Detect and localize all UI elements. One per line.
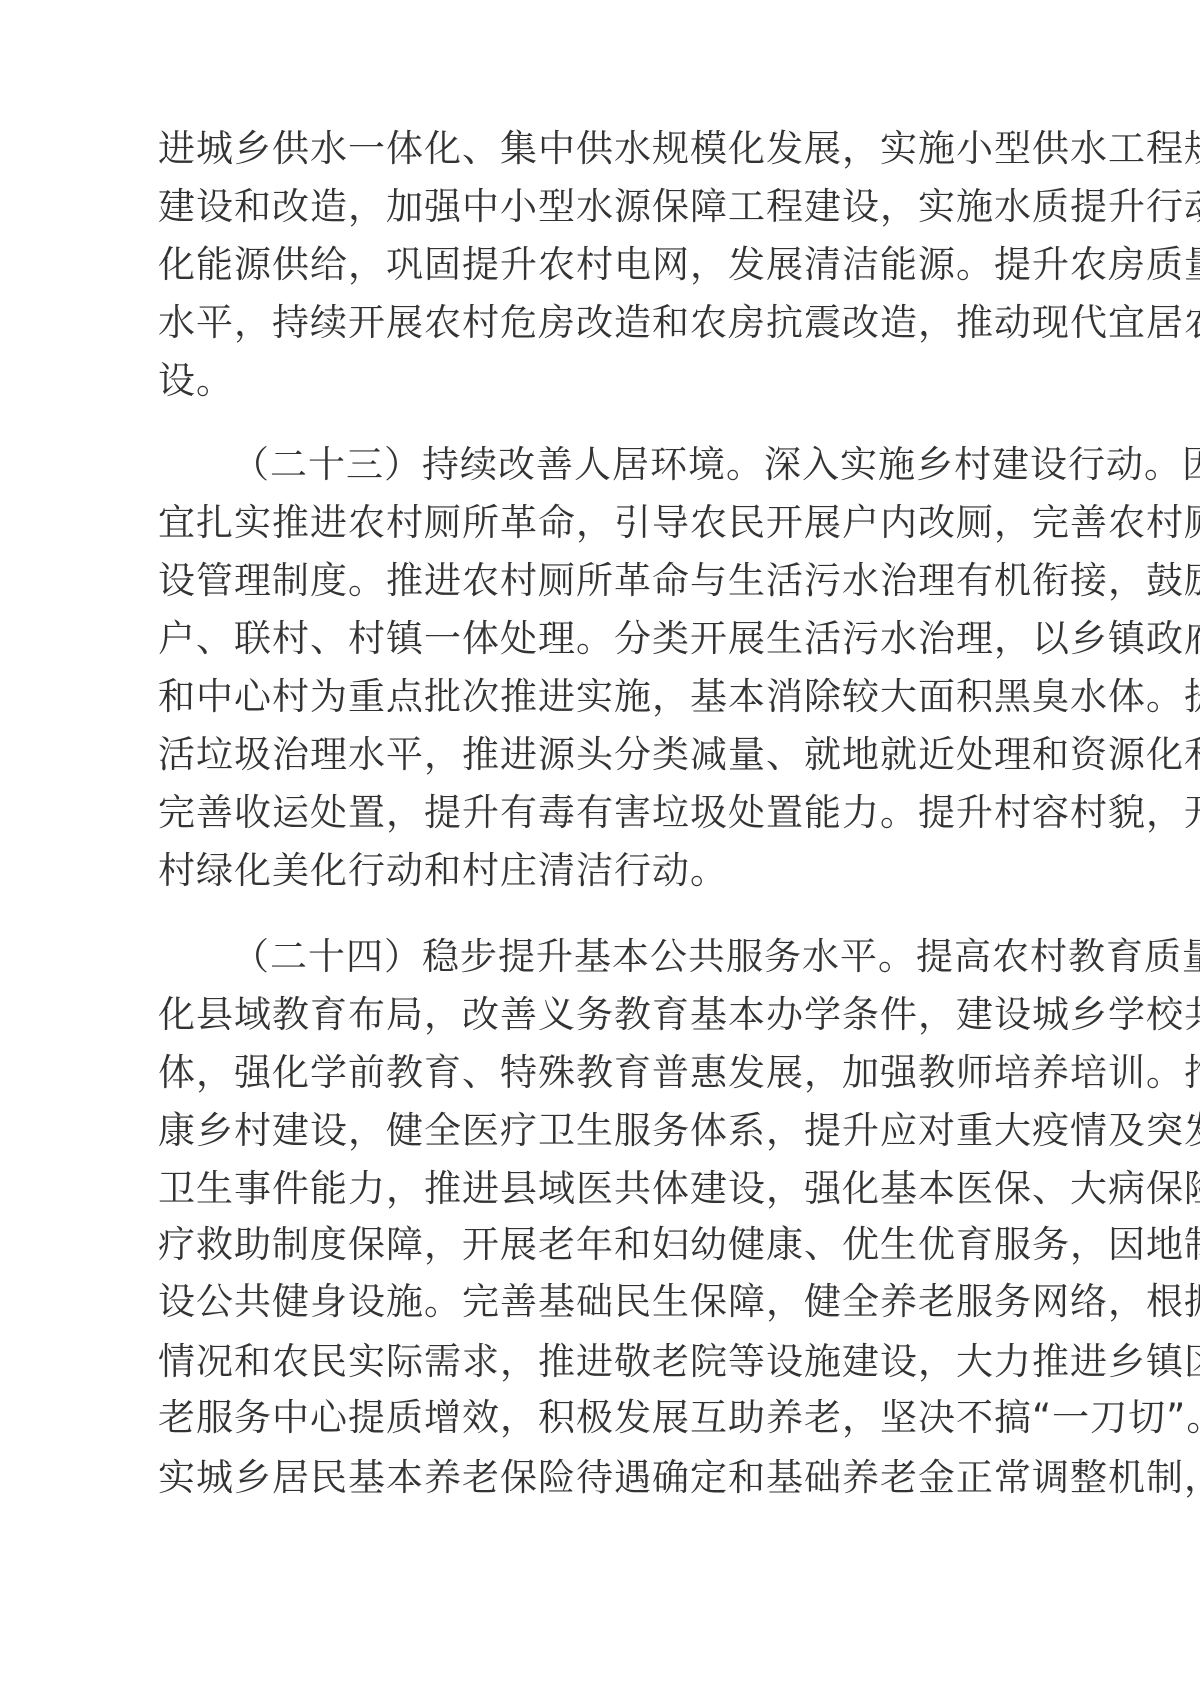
text-line: 活垃圾治理水平，推进源头分类减量、就地就近处理和资源化利用， bbox=[158, 730, 1058, 780]
text-line: 进城乡供水一体化、集中供水规模化发展，实施小型供水工程规范化 bbox=[158, 124, 1058, 174]
text-line: 化能源供给，巩固提升农村电网，发展清洁能源。提升农房质量安全 bbox=[158, 240, 1058, 290]
text-line: 宜扎实推进农村厕所革命，引导农民开展户内改厕，完善农村厕所建 bbox=[158, 498, 1058, 548]
section-heading-line: （二十三）持续改善人居环境。深入实施乡村建设行动。因地制 bbox=[232, 440, 1058, 490]
text-line: 化县域教育布局，改善义务教育基本办学条件，建设城乡学校共同 bbox=[158, 990, 1058, 1040]
text-line: 村绿化美化行动和村庄清洁行动。 bbox=[158, 846, 1058, 896]
text-line: 体，强化学前教育、特殊教育普惠发展，加强教师培养培训。推进健 bbox=[158, 1048, 1058, 1098]
text-line: 实城乡居民基本养老保险待遇确定和基础养老金正常调整机制，做好 bbox=[158, 1453, 1058, 1503]
section-heading-line: （二十四）稳步提升基本公共服务水平。提高农村教育质量，优 bbox=[232, 932, 1058, 982]
text-line: 设。 bbox=[158, 356, 1058, 406]
text-line: 户、联村、村镇一体处理。分类开展生活污水治理，以乡镇政府驻地 bbox=[158, 614, 1058, 664]
text-line: 疗救助制度保障，开展老年和妇幼健康、优生优育服务，因地制宜建 bbox=[158, 1220, 1058, 1270]
text-line: 老服务中心提质增效，积极发展互助养老，坚决不搞“一刀切”。落 bbox=[158, 1393, 1058, 1443]
text-line: 康乡村建设，健全医疗卫生服务体系，提升应对重大疫情及突发公共 bbox=[158, 1106, 1058, 1156]
document-page: 进城乡供水一体化、集中供水规模化发展，实施小型供水工程规范化 建设和改造，加强中… bbox=[0, 0, 1200, 1698]
text-line: 设管理制度。推进农村厕所革命与生活污水治理有机衔接，鼓励联 bbox=[158, 556, 1058, 606]
text-line: 卫生事件能力，推进县域医共体建设，强化基本医保、大病保险、医 bbox=[158, 1164, 1058, 1214]
text-line: 水平，持续开展农村危房改造和农房抗震改造，推动现代宜居农房建 bbox=[158, 298, 1058, 348]
text-line: 情况和农民实际需求，推进敬老院等设施建设，大力推进乡镇区域养 bbox=[158, 1337, 1058, 1387]
text-line: 和中心村为重点批次推进实施，基本消除较大面积黑臭水体。提高生 bbox=[158, 672, 1058, 722]
text-line: 建设和改造，加强中小型水源保障工程建设，实施水质提升行动。优 bbox=[158, 182, 1058, 232]
text-line: 完善收运处置，提升有毒有害垃圾处置能力。提升村容村貌，开展乡 bbox=[158, 788, 1058, 838]
text-line: 设公共健身设施。完善基础民生保障，健全养老服务网络，根据各地 bbox=[158, 1277, 1058, 1327]
